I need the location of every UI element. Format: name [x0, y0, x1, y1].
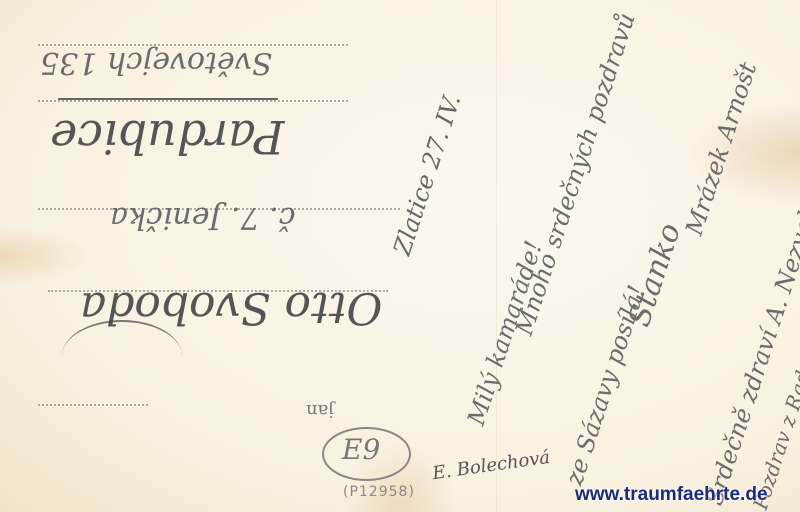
postmark-arc — [62, 320, 182, 392]
website-watermark: www.traumfaehrte.de — [575, 484, 768, 506]
address-line-5 — [38, 404, 148, 406]
message-line-4: Stanko — [622, 219, 688, 331]
address-line-2 — [38, 100, 348, 102]
address-city: Pardubice — [50, 110, 285, 164]
circled-code: E9 — [342, 433, 380, 466]
message-line-5: Mrázek Arnošt — [680, 59, 762, 239]
postcard-back: Světovejch 135 Pardubice č. 7. Jenička O… — [0, 0, 800, 512]
message-date: Zlatice 27. IV. — [388, 91, 466, 259]
address-street: Světovejch 135 — [40, 45, 272, 80]
signature: E. Bolechová — [431, 447, 551, 484]
reference-number: (P12958) — [343, 484, 415, 500]
corner-note: jan — [306, 400, 334, 421]
address-recipient-detail: č. 7. Jenička — [110, 200, 296, 235]
center-divider — [496, 0, 497, 512]
address-underline — [58, 98, 278, 100]
